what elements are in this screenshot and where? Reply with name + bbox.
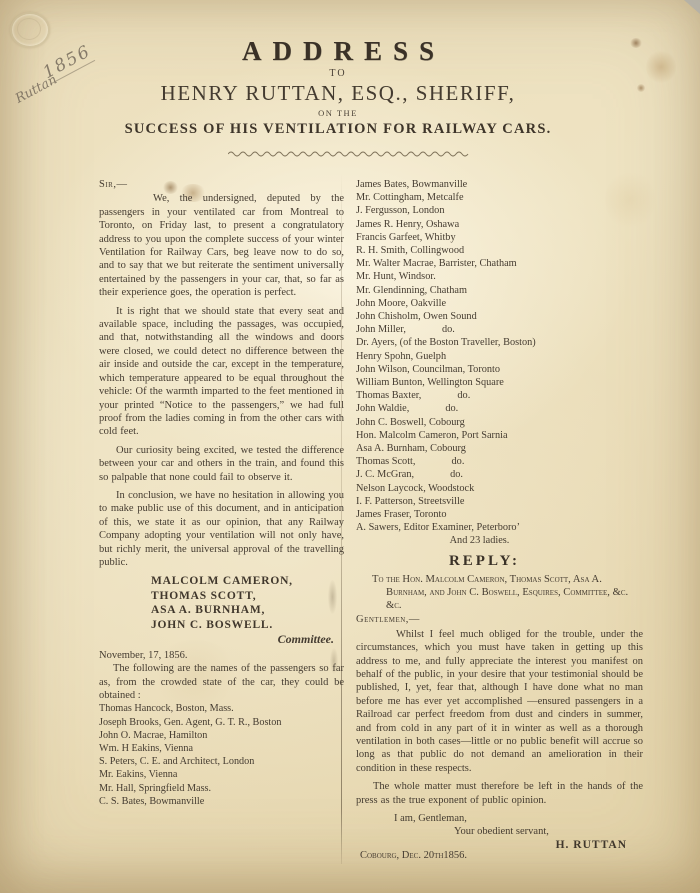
passenger-name: John Wilson, Councilman, Toronto [356,363,643,376]
passenger-name: John Chisholm, Owen Sound [356,310,643,323]
passenger-name: Thomas Baxter, do. [356,389,643,402]
committee-label: Committee. [99,633,344,646]
passenger-name: J. Fergusson, London [356,204,643,217]
ladies-count-line: And 23 ladies. [356,534,603,547]
passenger-name: John C. Boswell, Cobourg [356,416,643,429]
passenger-name: John Waldie, do. [356,402,643,415]
passenger-name: Mr. Eakins, Vienna [99,768,344,781]
passenger-name: John Moore, Oakville [356,297,643,310]
passenger-name: John Miller, do. [356,323,643,336]
address-paragraph: Our curiosity being excited, we tested t… [99,444,344,484]
reply-paragraphs: The whole matter must therefore be left … [356,780,643,807]
address-paragraph: In conclusion, we have no hesitation in … [99,489,344,569]
passenger-name: I. F. Patterson, Streetsville [356,495,643,508]
passenger-name: Henry Spohn, Guelph [356,350,643,363]
passenger-name: R. H. Smith, Collingwood [356,244,643,257]
committee-signatures: MALCOLM CAMERON,THOMAS SCOTT,ASA A. BURN… [151,574,344,632]
passenger-name: A. Sawers, Editor Examiner, Peterboro’ [356,521,643,534]
passenger-name: S. Peters, C. E. and Architect, London [99,755,344,768]
passenger-name: William Bunton, Wellington Square [356,376,643,389]
address-paragraph: It is right that we should state that ev… [99,305,344,439]
passenger-name: C. S. Bates, Bowmanville [99,795,344,808]
committee-signature: ASA A. BURNHAM, [151,603,344,618]
closing-i-am: I am, Gentleman, [356,812,643,825]
passenger-name: Mr. Hunt, Windsor. [356,270,643,283]
title-address: ADDRESS [0,36,676,67]
address-paragraphs: It is right that we should state that ev… [99,305,344,570]
reply-heading: REPLY: [356,555,613,568]
passenger-name: Nelson Laycock, Woodstock [356,482,643,495]
wavy-rule-divider [228,148,472,160]
passenger-name: Thomas Scott, do. [356,455,643,468]
passenger-name: James R. Henry, Oshawa [356,218,643,231]
passenger-name: Mr. Glendinning, Chatham [356,284,643,297]
passenger-names-left: Thomas Hancock, Boston, Mass.Joseph Broo… [99,702,344,808]
passenger-name: Dr. Ayers, (of the Boston Traveller, Bos… [356,336,643,349]
passenger-name: Joseph Brooks, Gen. Agent, G. T. R., Bos… [99,716,344,729]
committee-signature: THOMAS SCOTT, [151,589,344,604]
committee-signature: JOHN C. BOSWELL. [151,618,344,633]
passenger-name: Mr. Walter Macrae, Barrister, Chatham [356,257,643,270]
title-to: TO [0,68,676,79]
passenger-name: Francis Garfeet, Whitby [356,231,643,244]
address-intro-paragraph: We, the undersigned, deputed by the pass… [99,192,344,299]
passenger-name: James Fraser, Toronto [356,508,643,521]
page-corner-background [684,0,700,14]
reply-first-paragraph: Whilst I feel much obliged for the troub… [356,628,643,775]
address-date: November, 17, 1856. [99,649,344,662]
closing-obedient-servant: Your obedient servant, [356,825,643,838]
reply-paragraph: The whole matter must therefore be left … [356,780,643,807]
passenger-name: James Bates, Bowmanville [356,178,643,191]
passenger-names-right: James Bates, BowmanvilleMr. Cottingham, … [356,178,643,534]
committee-signature: MALCOLM CAMERON, [151,574,344,589]
scanned-document-page: 1856 Ruttan ADDRESS TO HENRY RUTTAN, ESQ… [0,0,700,893]
right-text-column: James Bates, BowmanvilleMr. Cottingham, … [356,178,643,863]
title-honoree: HENRY RUTTAN, ESQ., SHERIFF, [0,81,676,106]
passenger-name: Thomas Hancock, Boston, Mass. [99,702,344,715]
passenger-name: Wm. H Eakins, Vienna [99,742,344,755]
salutation-sir: Sir,— [99,178,344,191]
passenger-name: Mr. Cottingham, Metcalfe [356,191,643,204]
passenger-name: Mr. Hall, Springfield Mass. [99,782,344,795]
passenger-name: John O. Macrae, Hamilton [99,729,344,742]
passenger-name: Asa A. Burnham, Cobourg [356,442,643,455]
passenger-names-intro: The following are the names of the passe… [99,662,344,702]
passenger-name: J. C. McGran, do. [356,468,643,481]
title-block: ADDRESS TO HENRY RUTTAN, ESQ., SHERIFF, … [0,36,676,138]
left-text-column: Sir,— We, the undersigned, deputed by th… [99,178,344,808]
title-on-the: ON THE [0,108,676,118]
passenger-name: Hon. Malcolm Cameron, Port Sarnia [356,429,643,442]
salutation-gentlemen: Gentlemen,— [356,613,643,626]
reply-addressee: To the Hon. Malcolm Cameron, Thomas Scot… [356,573,643,612]
title-subject: SUCCESS OF HIS VENTILATION FOR RAILWAY C… [0,121,676,138]
